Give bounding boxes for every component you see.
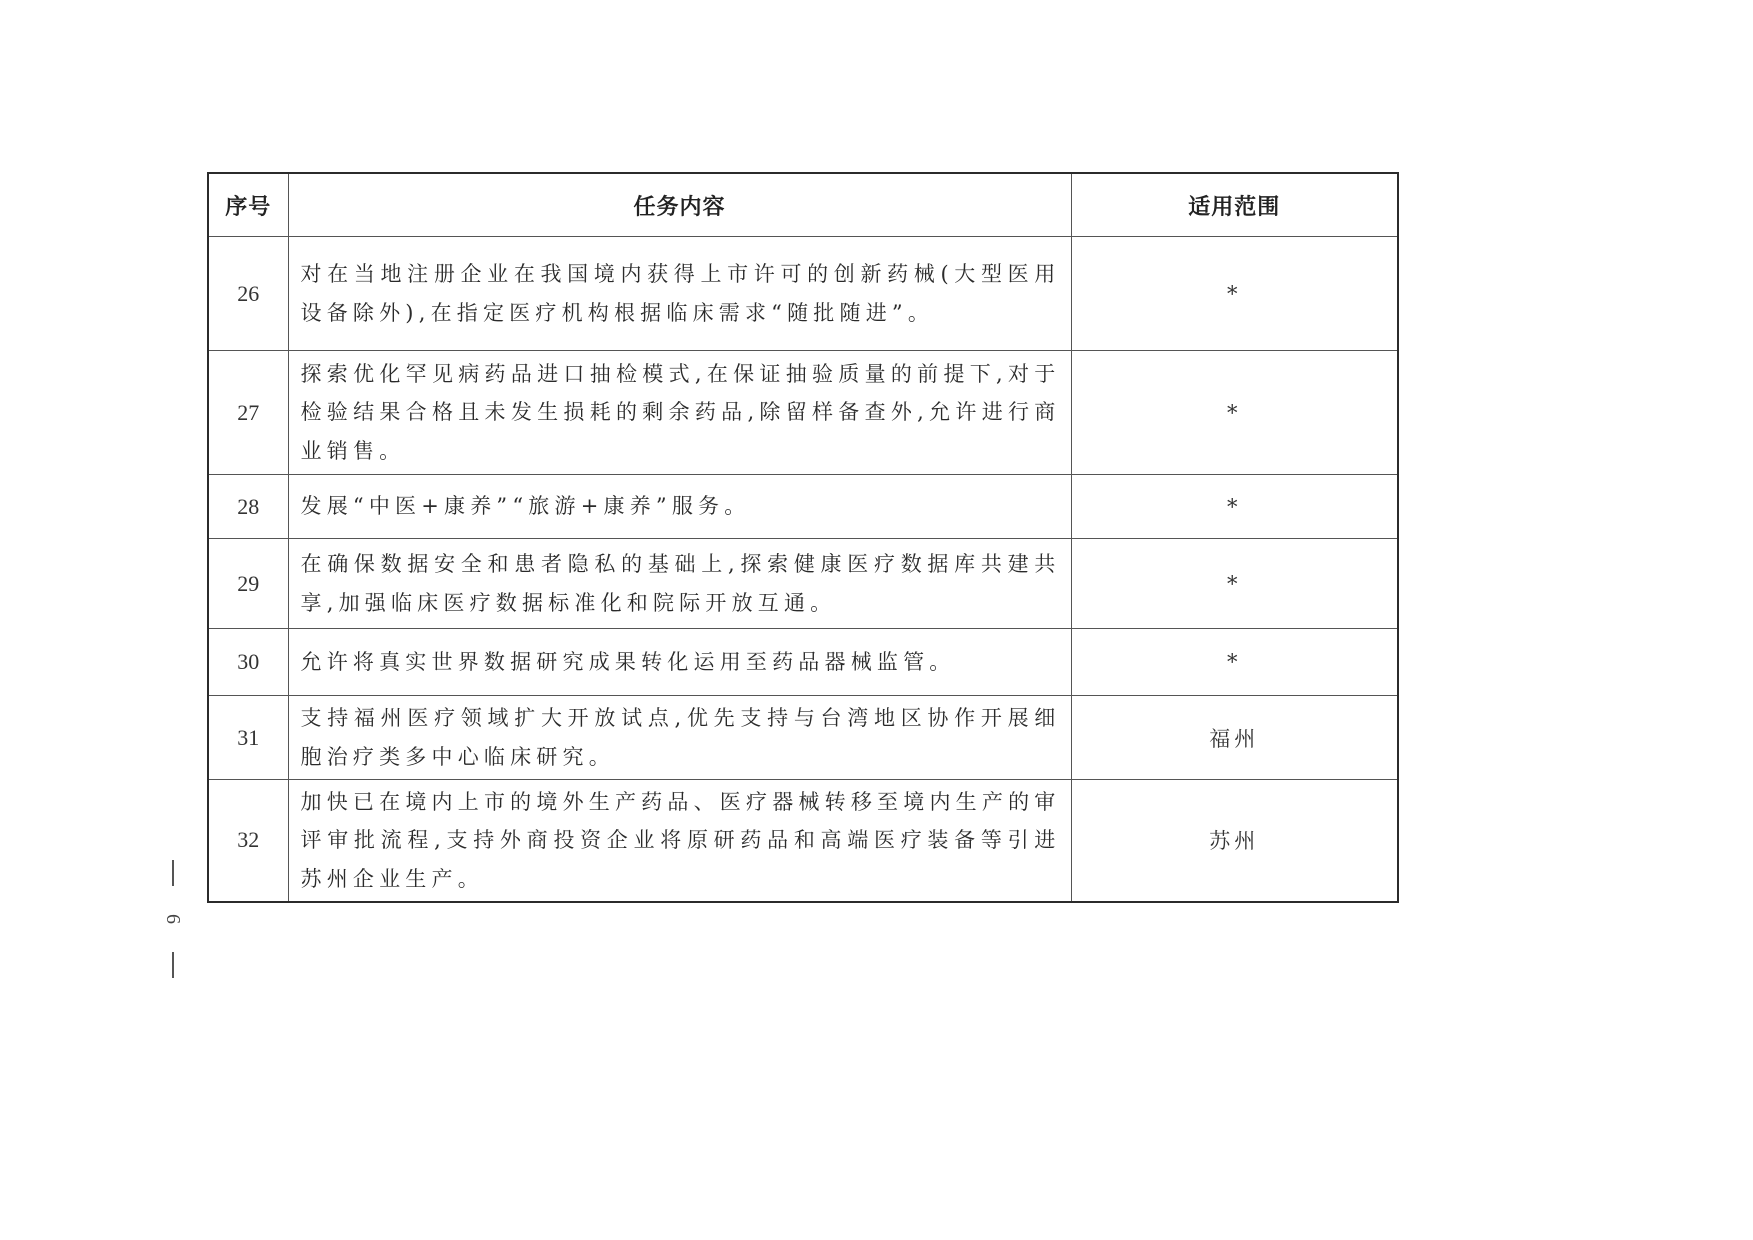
row-task-content: 探索优化罕见病药品进口抽检模式,在保证抽验质量的前提下,对于检验结果合格且未发生… <box>288 351 1071 475</box>
table-row: 28 发展“中医+康养”“旅游+康养”服务。 * <box>208 475 1398 539</box>
row-applicable-scope: * <box>1071 475 1398 539</box>
task-table: 序号 任务内容 适用范围 26 对在当地注册企业在我国境内获得上市许可的创新药械… <box>207 172 1399 903</box>
table-row: 32 加快已在境内上市的境外生产药品、医疗器械转移至境内生产的审评审批流程,支持… <box>208 780 1398 902</box>
header-applicable-scope: 适用范围 <box>1071 173 1398 237</box>
page-dash-bottom <box>172 952 174 978</box>
page-dash-top <box>172 860 174 886</box>
row-applicable-scope: * <box>1071 351 1398 475</box>
header-task-content: 任务内容 <box>288 173 1071 237</box>
row-task-content: 支持福州医疗领域扩大开放试点,优先支持与台湾地区协作开展细胞治疗类多中心临床研究… <box>288 696 1071 780</box>
row-applicable-scope: 苏州 <box>1071 780 1398 902</box>
row-task-content: 发展“中医+康养”“旅游+康养”服务。 <box>288 475 1071 539</box>
table-row: 30 允许将真实世界数据研究成果转化运用至药品器械监管。 * <box>208 629 1398 696</box>
header-serial-number: 序号 <box>208 173 288 237</box>
row-serial-number: 31 <box>208 696 288 780</box>
table-header-row: 序号 任务内容 适用范围 <box>208 173 1398 237</box>
row-task-content: 对在当地注册企业在我国境内获得上市许可的创新药械(大型医用设备除外),在指定医疗… <box>288 237 1071 351</box>
row-applicable-scope: * <box>1071 629 1398 696</box>
table-row: 27 探索优化罕见病药品进口抽检模式,在保证抽验质量的前提下,对于检验结果合格且… <box>208 351 1398 475</box>
row-applicable-scope: * <box>1071 237 1398 351</box>
row-serial-number: 27 <box>208 351 288 475</box>
row-applicable-scope: * <box>1071 539 1398 629</box>
row-applicable-scope: 福州 <box>1071 696 1398 780</box>
row-serial-number: 30 <box>208 629 288 696</box>
row-serial-number: 26 <box>208 237 288 351</box>
row-serial-number: 29 <box>208 539 288 629</box>
row-task-content: 在确保数据安全和患者隐私的基础上,探索健康医疗数据库共建共享,加强临床医疗数据标… <box>288 539 1071 629</box>
row-task-content: 允许将真实世界数据研究成果转化运用至药品器械监管。 <box>288 629 1071 696</box>
row-serial-number: 28 <box>208 475 288 539</box>
table-row: 29 在确保数据安全和患者隐私的基础上,探索健康医疗数据库共建共享,加强临床医疗… <box>208 539 1398 629</box>
page-number-marker: 6 <box>160 860 186 978</box>
table-row: 26 对在当地注册企业在我国境内获得上市许可的创新药械(大型医用设备除外),在指… <box>208 237 1398 351</box>
table-row: 31 支持福州医疗领域扩大开放试点,优先支持与台湾地区协作开展细胞治疗类多中心临… <box>208 696 1398 780</box>
row-task-content: 加快已在境内上市的境外生产药品、医疗器械转移至境内生产的审评审批流程,支持外商投… <box>288 780 1071 902</box>
page-number: 6 <box>163 914 183 924</box>
row-serial-number: 32 <box>208 780 288 902</box>
